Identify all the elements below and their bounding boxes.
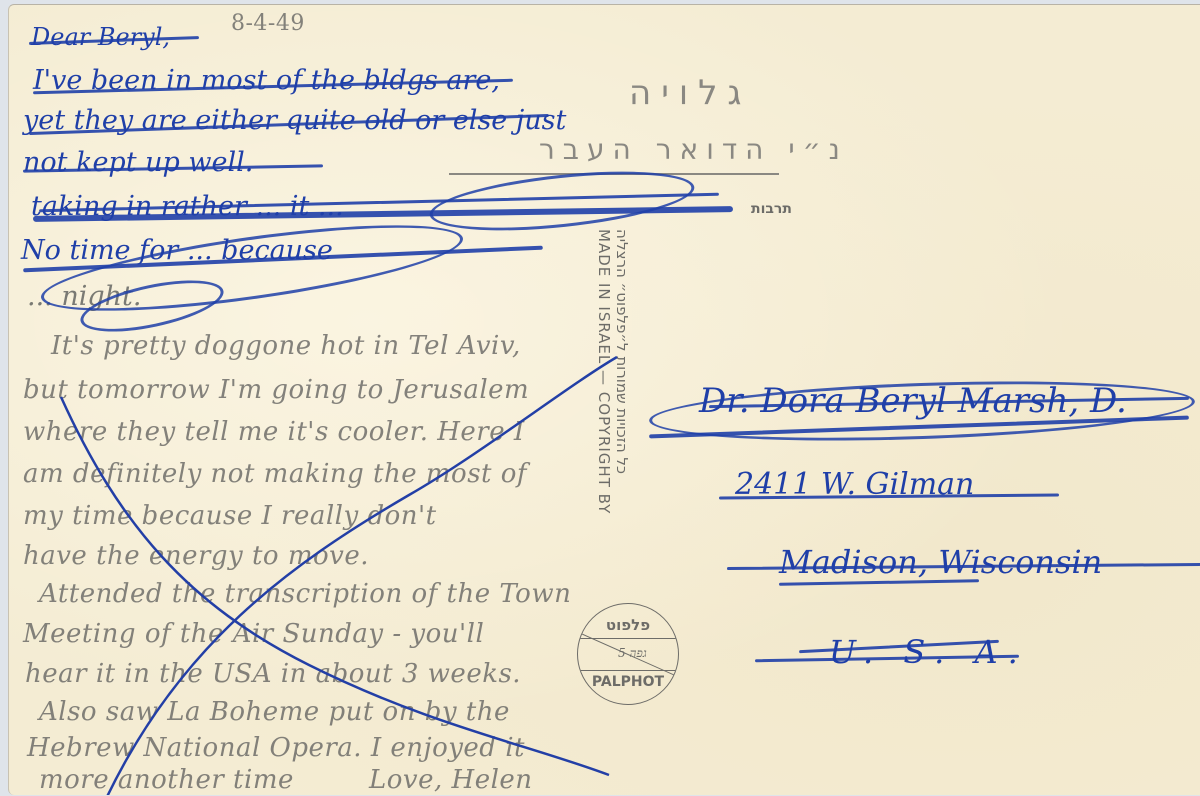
address-line-4: U. S. A. — [829, 633, 1028, 671]
postcard: 8-4-49 גלויה נ״י הדואר העבר תרבות כל הזכ… — [8, 4, 1200, 795]
address-line-3: Madison, Wisconsin — [779, 543, 1102, 581]
